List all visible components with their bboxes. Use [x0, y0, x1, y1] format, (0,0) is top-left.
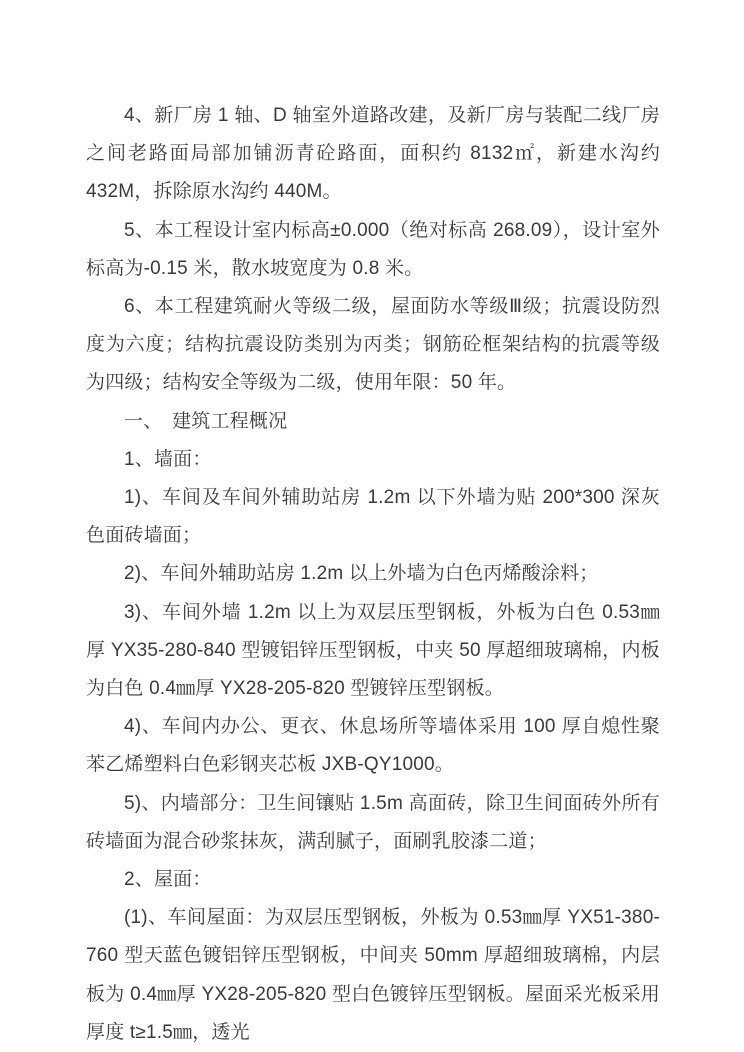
subsection-heading-roof: 2、屋面： — [86, 861, 660, 899]
paragraph-elevation: 5、本工程设计室内标高±0.000（绝对标高 268.09），设计室外标高为-0… — [86, 212, 660, 288]
paragraph-wall-item-1: 1)、车间及车间外辅助站房 1.2m 以下外墙为贴 200*300 深灰色面砖墙… — [86, 479, 660, 555]
subsection-heading-wall: 1、墙面： — [86, 441, 660, 479]
document-body: 4、新厂房 1 轴、D 轴室外道路改建，及新厂房与装配二线厂房之间老路面局部加铺… — [86, 97, 660, 1052]
paragraph-wall-item-4: 4)、车间内办公、更衣、休息场所等墙体采用 100 厚自熄性聚苯乙烯塑料白色彩钢… — [86, 708, 660, 784]
paragraph-road-rebuild: 4、新厂房 1 轴、D 轴室外道路改建，及新厂房与装配二线厂房之间老路面局部加铺… — [86, 97, 660, 212]
section-heading-building-overview: 一、 建筑工程概况 — [86, 403, 660, 441]
paragraph-wall-item-2: 2)、车间外辅助站房 1.2m 以上外墙为白色丙烯酸涂料； — [86, 555, 660, 593]
paragraph-wall-item-5: 5)、内墙部分：卫生间镶贴 1.5m 高面砖，除卫生间面砖外所有砖墙面为混合砂浆… — [86, 785, 660, 861]
paragraph-roof-item-1: (1)、车间屋面：为双层压型钢板，外板为 0.53㎜厚 YX51-380-760… — [86, 899, 660, 1052]
document-page: 4、新厂房 1 轴、D 轴室外道路改建，及新厂房与装配二线厂房之间老路面局部加铺… — [0, 0, 744, 1052]
paragraph-fire-seismic-grade: 6、本工程建筑耐火等级二级，屋面防水等级Ⅲ级；抗震设防烈度为六度；结构抗震设防类… — [86, 288, 660, 403]
paragraph-wall-item-3: 3)、车间外墙 1.2m 以上为双层压型钢板，外板为白色 0.53㎜厚 YX35… — [86, 594, 660, 709]
